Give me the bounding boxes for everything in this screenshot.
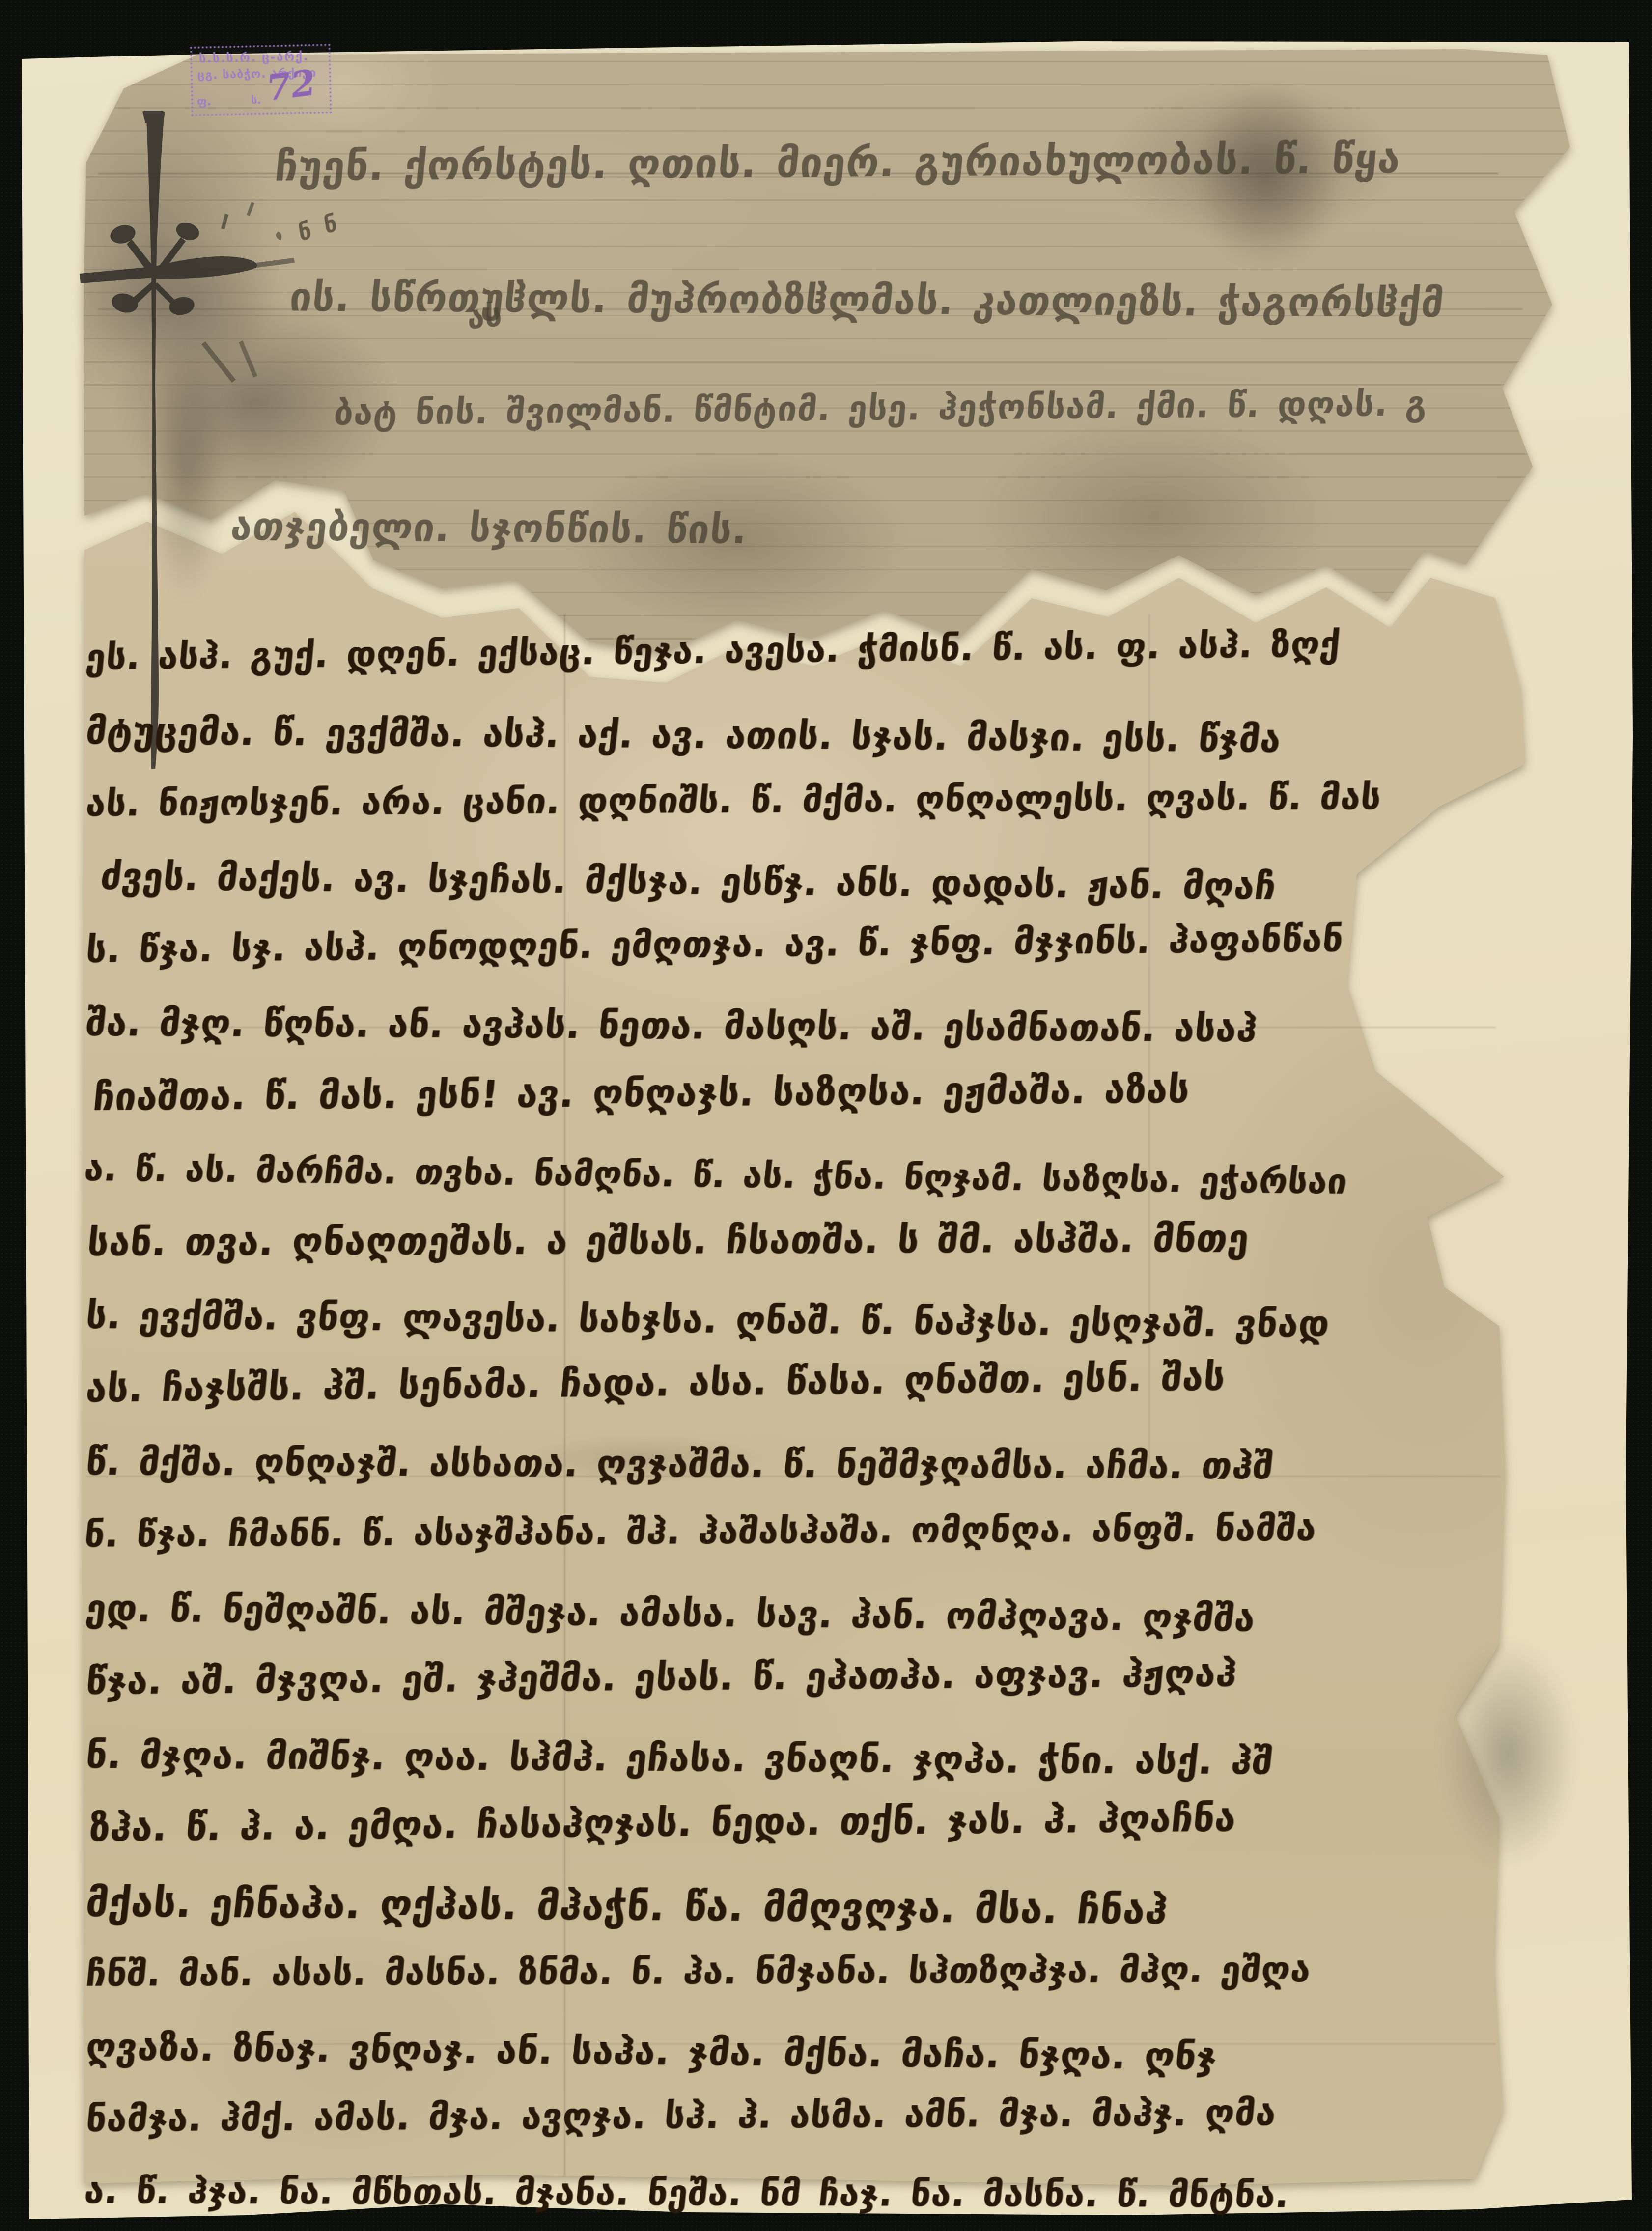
header-line: ბატ ნის. შვილმან. წმნტიმ. ესე. ჰეჭონსამ.… bbox=[333, 387, 1429, 430]
body-line: ნ. წჯა. ჩმანნ. წ. ასაჯშჰანა. შჰ. ჰაშასჰა… bbox=[83, 1510, 1318, 1552]
body-line: ს. წჯა. სჯ. ასჰ. ღნოდღენ. ემღთჯა. ავ. წ.… bbox=[84, 921, 1345, 968]
body-line: ნ. მჯღა. მიშნჯ. ღაა. სჰმჰ. ეჩასა. ვნაღნ.… bbox=[84, 1737, 1275, 1780]
archive-stamp: ს.ს.ს.რ. ც-არქ. ცგ. საბჭო. არქივი ფ. ს. … bbox=[190, 44, 332, 116]
stamp-number: 72 bbox=[264, 61, 318, 109]
stain bbox=[1439, 1641, 1577, 1867]
body-line: ჩიაშთა. წ. მას. ესნ! ავ. ღნღაჯს. საზღსა.… bbox=[91, 1071, 1191, 1116]
stamp-fond-label: ფ. bbox=[197, 94, 212, 109]
body-line: ას. ჩაჯსშს. ჰშ. სენამა. ჩადა. ასა. წასა.… bbox=[84, 1359, 1227, 1408]
stamp-series-label: ს. bbox=[251, 94, 261, 107]
body-line: ღვაზა. ზნაჯ. ვნღაჯ. ან. საჰა. ჯმა. მქნა.… bbox=[84, 2029, 1219, 2075]
body-line: ძვეს. მაქეს. ავ. სჯეჩას. მქსჯა. ესწჯ. ან… bbox=[99, 859, 1278, 905]
body-line: წ. მქშა. ღნღაჯშ. ასხათა. ღვჯაშმა. წ. ნეშ… bbox=[84, 1444, 1275, 1484]
body-line: ჩნშ. მან. ასას. მასნა. ზნმა. ნ. ჰა. ნმჯა… bbox=[84, 1952, 1312, 1991]
header-line: ათჯებელი. სჯონწის. წის. bbox=[229, 508, 750, 550]
body-line: მტუცემა. წ. ევქმშა. ასჰ. აქ. ავ. ათის. ს… bbox=[84, 713, 1283, 758]
body-line: სან. თვა. ღნაღთეშას. ა ეშსას. ჩსათშა. ს … bbox=[85, 1220, 1251, 1261]
body-line: ნამჯა. ჰმქ. ამას. მჯა. ავღჯა. სჰ. ჰ. ასმ… bbox=[84, 2095, 1278, 2137]
body-line: ზჰა. წ. ჰ. ა. ემღა. ჩასაჰღჯას. ნედა. თქნ… bbox=[87, 1800, 1237, 1847]
body-line: შა. მჯღ. წღნა. ან. ავჰას. ნეთა. მასღს. ა… bbox=[84, 1005, 1259, 1047]
body-line: ედ. წ. ნეშღაშნ. ას. მშეჯა. ამასა. სავ. ჰ… bbox=[84, 1590, 1257, 1637]
header-line: ის. სწრთუჱლს. მუჰრობზჱლმას. კათლიეზს. ჭა… bbox=[288, 278, 1446, 323]
manuscript-scan: ს.ს.ს.რ. ც-არქ. ცგ. საბჭო. არქივი ფ. ს. … bbox=[0, 0, 1652, 2231]
body-line: წჯა. აშ. მჯვღა. ეშ. ჯჰეშმა. ესას. წ. ეჰა… bbox=[84, 1655, 1238, 1700]
stamp-line1: ს.ს.ს.რ. ც-არქ. bbox=[199, 49, 309, 66]
body-line: ა. წ. ჰჯა. ნა. მწხთას. მჯანა. ნეშა. ნმ ჩ… bbox=[83, 2173, 1291, 2213]
header-line: ჩუენ. ქორსტეს. ღთის. მიერ. გურიახულობას.… bbox=[273, 139, 1402, 188]
body-line: ას. ნიჟოსჯენ. არა. ცანი. დღნიშს. წ. მქმა… bbox=[84, 779, 1383, 821]
body-line: მქას. ეჩნაჰა. ღქჰას. მჰაჭნ. წა. მმღვღჯა.… bbox=[84, 1883, 1170, 1930]
body-line: ს. ევქმშა. ვნფ. ლავესა. სახჯსა. ღნაშ. წ.… bbox=[84, 1298, 1331, 1343]
